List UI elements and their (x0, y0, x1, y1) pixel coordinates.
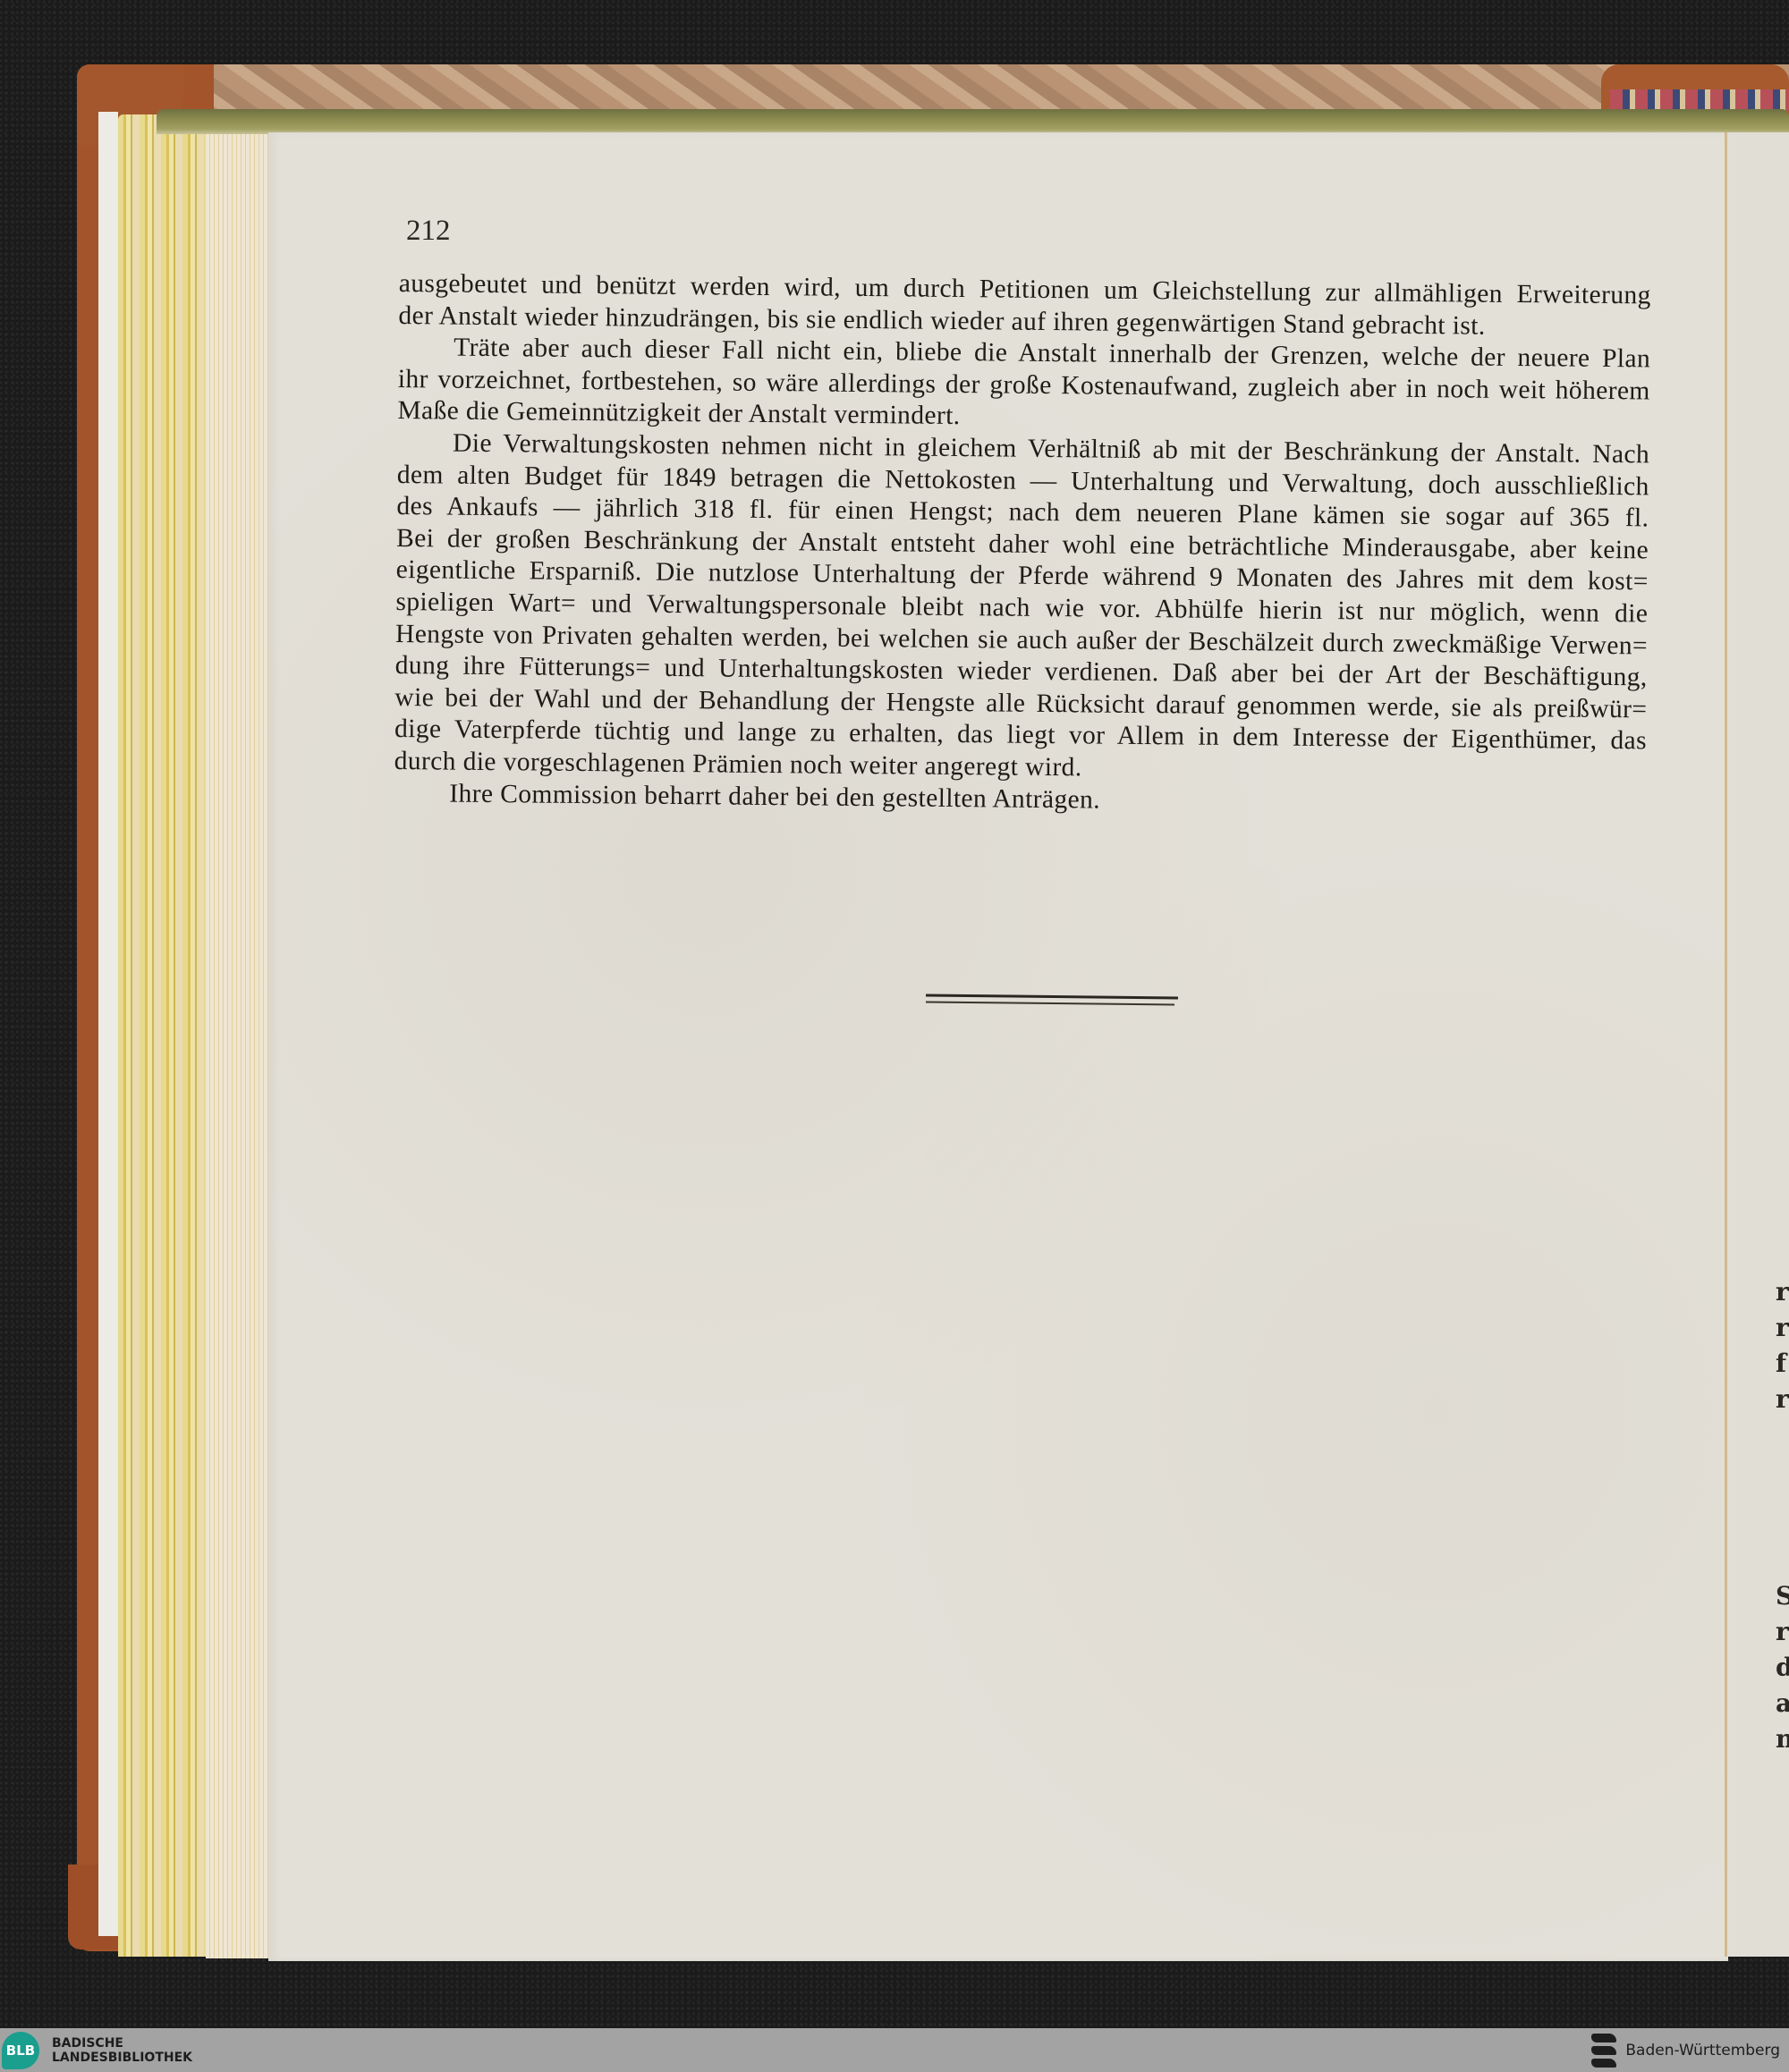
fragment-letter: r (1776, 1382, 1789, 1417)
fragment-letter: r (1776, 1614, 1789, 1650)
library-branding[interactable]: BLB BADISCHE LANDESBIBLIOTHEK (2, 2032, 192, 2069)
body-text: ausgebeutet und benützt werden wird, um … (394, 268, 1651, 822)
library-name-line1: BADISCHE (52, 2036, 192, 2051)
page-stack-edge (206, 125, 277, 1958)
fragment-letter: r (1776, 1310, 1789, 1346)
document-viewer: r r f r S r d a n 212 ausgebeutet und be… (0, 0, 1789, 2028)
library-name: BADISCHE LANDESBIBLIOTHEK (52, 2036, 192, 2065)
book-headband (1610, 89, 1789, 111)
facing-page-text-fragments: r r f r S r d a n (1776, 1274, 1789, 1757)
three-lions-crest-icon (1591, 2034, 1616, 2068)
blb-logo-icon: BLB (2, 2032, 39, 2069)
page-number: 212 (406, 215, 451, 248)
fragment-gap (1776, 1417, 1789, 1578)
paragraph-3: Die Verwaltungskosten nehmen nicht in gl… (394, 427, 1650, 790)
paragraph-2: Träte aber auch dieser Fall nicht ein, b… (397, 332, 1650, 439)
fragment-letter: a (1776, 1686, 1789, 1721)
fragment-letter: f (1776, 1346, 1789, 1382)
paragraph-1: ausgebeutet und benützt werden wird, um … (398, 268, 1651, 344)
state-name: Baden-Württemberg (1625, 2042, 1780, 2059)
book-top-edge (157, 109, 1789, 134)
footer-bar: BLB BADISCHE LANDESBIBLIOTHEK Baden-Würt… (0, 2028, 1789, 2072)
fragment-letter: r (1776, 1274, 1789, 1310)
fragment-letter: d (1776, 1650, 1789, 1686)
fragment-letter: S (1776, 1578, 1789, 1614)
fragment-letter: n (1776, 1721, 1789, 1757)
state-branding[interactable]: Baden-Württemberg (1591, 2034, 1780, 2068)
library-name-line2: LANDESBIBLIOTHEK (52, 2051, 192, 2065)
endpaper (98, 112, 118, 1936)
